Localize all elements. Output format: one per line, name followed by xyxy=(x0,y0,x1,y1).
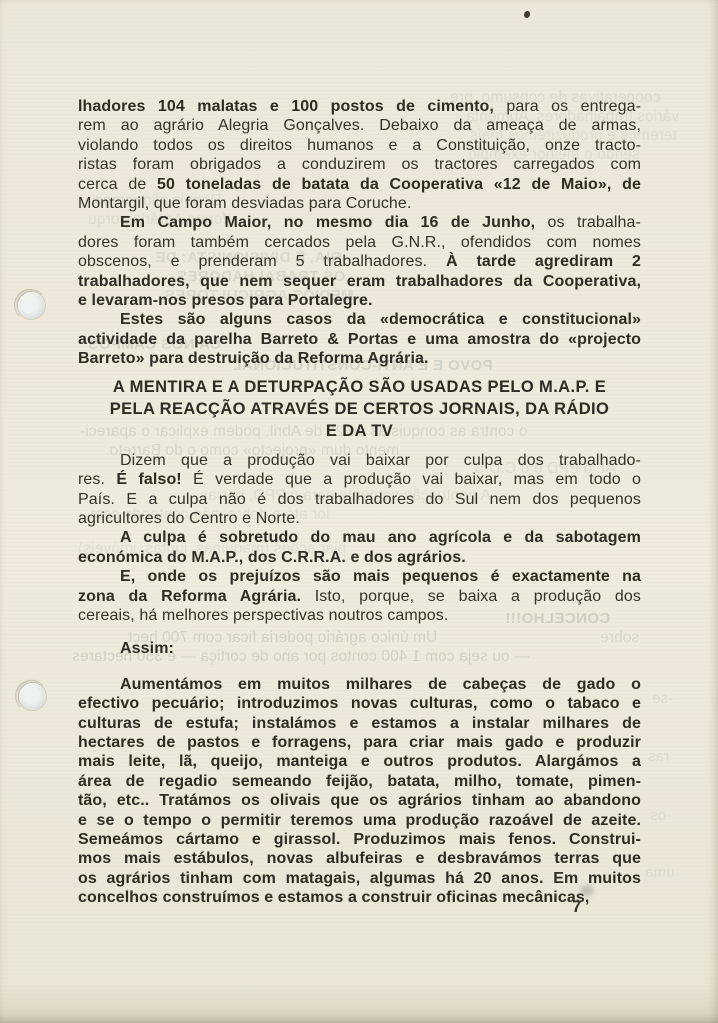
text-run: A MENTIRA E A DETURPAÇÃO SÃO USADAS PELO… xyxy=(113,378,606,396)
text-line: Semeámos cártamo e girassol. Produzimos … xyxy=(78,830,641,849)
text-column: lhadores 104 malatas e 100 postos de cim… xyxy=(78,97,641,908)
text-line: os agrários tinham com matagais, algumas… xyxy=(78,869,641,888)
text-line: e se o tempo o permitir teremos uma prod… xyxy=(78,811,641,830)
paragraph: lhadores 104 malatas e 100 postos de cim… xyxy=(78,97,641,213)
text-line: País. E a culpa não é dos trabalhadores … xyxy=(78,490,641,509)
hole-punch xyxy=(19,683,46,710)
bold-text-run: económica do M.A.P., dos C.R.R.A. e dos … xyxy=(78,549,466,566)
text-run: agricultores do Centro e Norte. xyxy=(78,510,300,527)
paragraph: E, onde os prejuízos são mais pequenos é… xyxy=(78,567,641,625)
text-line: hectares de pastos e forragens, para cri… xyxy=(78,733,641,752)
bold-text-run: Semeámos cártamo e girassol. Produzimos … xyxy=(78,831,641,848)
bold-text-run: Em Campo Maior, no mesmo dia 16 de Junho… xyxy=(120,214,535,231)
text-run: cerca de xyxy=(78,176,157,193)
bold-text-run: À tarde agrediram 2 xyxy=(446,253,641,270)
paragraph: A culpa é sobretudo do mau ano agrícola … xyxy=(78,528,641,567)
text-run: violando todos os direitos humanos e a C… xyxy=(78,137,641,154)
paragraph: Dizem que a produção vai baixar por culp… xyxy=(78,451,641,529)
bold-text-run: zona da Reforma Agrária. xyxy=(78,588,301,605)
text-run: rem ao agrário Alegria Gonçalves. Debaix… xyxy=(78,117,641,134)
bold-text-run: e levaram-nos presos para Portalegre. xyxy=(78,292,373,309)
text-line: A MENTIRA E A DETURPAÇÃO SÃO USADAS PELO… xyxy=(78,376,641,398)
bold-text-run: tão, etc.. Tratámos os olivais que os ag… xyxy=(78,792,641,809)
bleedthrough-text: -se xyxy=(652,690,673,707)
text-line: mos mais estábulos, novas albufeiras e d… xyxy=(78,849,641,868)
bold-text-run: lhadores 104 malatas e 100 postos de cim… xyxy=(78,98,494,115)
text-run: É verdade que a produção vai baixar, mas… xyxy=(182,471,641,488)
bold-text-run: mos mais estábulos, novas albufeiras e d… xyxy=(78,850,641,867)
text-line: agricultores do Centro e Norte. xyxy=(78,509,641,528)
text-line: Dizem que a produção vai baixar por culp… xyxy=(78,451,641,470)
text-line: lhadores 104 malatas e 100 postos de cim… xyxy=(78,97,641,116)
bold-text-run: 50 toneladas de batata da Cooperativa «1… xyxy=(157,176,641,193)
text-line: Montargil, que foram desviadas para Coru… xyxy=(78,194,641,213)
text-line: ristas foram obrigados a conduzirem os t… xyxy=(78,155,641,174)
text-line: concelhos construímos e estamos a constr… xyxy=(78,888,641,907)
pencil-smudge xyxy=(580,885,594,896)
text-line: rem ao agrário Alegria Gonçalves. Debaix… xyxy=(78,116,641,135)
paragraph: Aumentámos em muitos milhares de cabeças… xyxy=(78,675,641,908)
text-run: PELA REACÇÃO ATRAVÉS DE CERTOS JORNAIS, … xyxy=(110,400,610,418)
bold-text-run: os agrários tinham com matagais, algumas… xyxy=(78,870,641,887)
text-line: económica do M.A.P., dos C.R.R.A. e dos … xyxy=(78,548,641,567)
bleedthrough-text: -os xyxy=(650,807,671,824)
bold-text-run: Barreto» para destruição da Reforma Agrá… xyxy=(78,350,429,367)
text-line: trabalhadores, que nem sequer eram traba… xyxy=(78,272,641,291)
bold-text-run: efectivo pecuário; introduzimos novas cu… xyxy=(78,695,641,712)
text-run: Dizem que a produção vai baixar por culp… xyxy=(120,452,641,469)
document-page: cooperativas de consumo, prevários traba… xyxy=(0,0,718,1023)
bold-text-run: E, onde os prejuízos são mais pequenos é… xyxy=(120,568,641,585)
paragraph: Em Campo Maior, no mesmo dia 16 de Junho… xyxy=(78,213,641,310)
text-run: E DA TV xyxy=(326,422,393,440)
text-line: res. É falso! É verdade que a produção v… xyxy=(78,470,641,489)
bold-text-run: Estes são alguns casos da «democrática e… xyxy=(120,311,641,328)
bold-text-run: culturas de estufa; instalámos e estamos… xyxy=(78,715,641,732)
text-line: área de regadio semeando feijão, batata,… xyxy=(78,772,641,791)
bold-text-run: A culpa é sobretudo do mau ano agrícola … xyxy=(120,529,641,546)
text-run: Montargil, que foram desviadas para Coru… xyxy=(78,195,411,212)
section-heading: A MENTIRA E A DETURPAÇÃO SÃO USADAS PELO… xyxy=(78,376,641,442)
text-line: Aumentámos em muitos milhares de cabeças… xyxy=(78,675,641,694)
text-line: dores foram também cercados pela G.N.R.,… xyxy=(78,233,641,252)
bold-text-run: trabalhadores, que nem sequer eram traba… xyxy=(78,273,641,290)
paragraph: Estes são alguns casos da «democrática e… xyxy=(78,310,641,368)
bold-text-run: e se o tempo o permitir teremos uma prod… xyxy=(78,812,641,829)
bold-text-run: concelhos construímos e estamos a constr… xyxy=(78,889,589,906)
text-line: A culpa é sobretudo do mau ano agrícola … xyxy=(78,528,641,547)
text-line: PELA REACÇÃO ATRAVÉS DE CERTOS JORNAIS, … xyxy=(78,398,641,420)
text-line: Barreto» para destruição da Reforma Agrá… xyxy=(78,349,641,368)
text-run: dores foram também cercados pela G.N.R.,… xyxy=(78,234,641,251)
bold-text-run: mais leite, lã, queijo, manteiga e outro… xyxy=(78,753,641,770)
text-run: Isto, porque, se baixa a produção dos xyxy=(301,588,641,605)
text-line: e levaram-nos presos para Portalegre. xyxy=(78,291,641,310)
text-run: os trabalha- xyxy=(535,214,641,231)
text-line: actividade da parelha Barreto & Portas e… xyxy=(78,330,641,349)
text-run: para os entrega- xyxy=(494,98,641,115)
bold-text-run: É falso! xyxy=(116,471,181,488)
text-line: tão, etc.. Tratámos os olivais que os ag… xyxy=(78,791,641,810)
text-run: País. E a culpa não é dos trabalhadores … xyxy=(78,491,641,508)
text-line: Assim: xyxy=(78,639,641,658)
ink-speck xyxy=(524,11,530,18)
text-run: res. xyxy=(78,471,116,488)
bold-text-run: actividade da parelha Barreto & Portas e… xyxy=(78,331,641,348)
text-line: violando todos os direitos humanos e a C… xyxy=(78,136,641,155)
bleedthrough-text: ras xyxy=(648,748,669,765)
bold-text-run: hectares de pastos e forragens, para cri… xyxy=(78,734,641,751)
bold-text-run: Aumentámos em muitos milhares de cabeças… xyxy=(120,676,641,693)
text-line: zona da Reforma Agrária. Isto, porque, s… xyxy=(78,587,641,606)
bold-text-run: área de regadio semeando feijão, batata,… xyxy=(78,773,641,790)
text-line: cerca de 50 toneladas de batata da Coope… xyxy=(78,175,641,194)
paragraph: Assim: xyxy=(78,639,641,658)
text-line: efectivo pecuário; introduzimos novas cu… xyxy=(78,694,641,713)
bleedthrough-text: uma xyxy=(645,864,674,881)
text-run: cereais, há melhores perspectivas noutro… xyxy=(78,607,448,624)
text-run: obscenos, e prenderam 5 trabalhadores. xyxy=(78,253,446,270)
hole-punch xyxy=(18,292,45,319)
text-line: culturas de estufa; instalámos e estamos… xyxy=(78,714,641,733)
text-line: cereais, há melhores perspectivas noutro… xyxy=(78,606,641,625)
text-line: E, onde os prejuízos são mais pequenos é… xyxy=(78,567,641,586)
text-line: mais leite, lã, queijo, manteiga e outro… xyxy=(78,752,641,771)
text-line: Em Campo Maior, no mesmo dia 16 de Junho… xyxy=(78,213,641,232)
page-number: 7 xyxy=(572,897,581,917)
bold-text-run: Assim: xyxy=(120,640,174,657)
text-line: Estes são alguns casos da «democrática e… xyxy=(78,310,641,329)
text-line: obscenos, e prenderam 5 trabalhadores. À… xyxy=(78,252,641,271)
text-run: ristas foram obrigados a conduzirem os t… xyxy=(78,156,641,173)
text-line: E DA TV xyxy=(78,420,641,442)
